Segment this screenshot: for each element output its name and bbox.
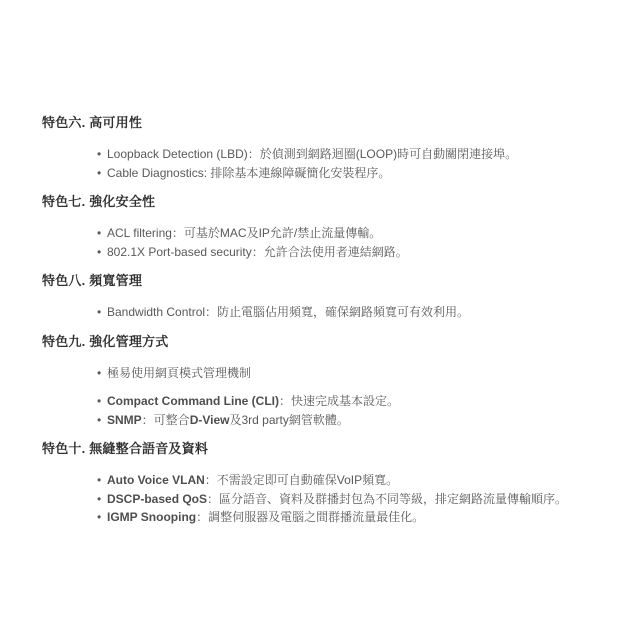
feature-bullet: 極易使用網頁模式管理機制: [97, 364, 606, 383]
feature-bullet: Compact Command Line (CLI)：快速完成基本設定。: [97, 392, 606, 411]
section-heading: 特色六. 高可用性: [42, 115, 606, 131]
bullet-text: ACL filtering：可基於MAC及IP允許/禁止流量傳輸。: [107, 226, 381, 240]
feature-list: Auto Voice VLAN：不需設定即可自動確保VoIP頻寬。 DSCP-b…: [42, 471, 606, 527]
feature-term: Compact Command Line (CLI): [107, 394, 279, 408]
feature-term: Auto Voice VLAN: [107, 473, 205, 487]
feature-bullet: Bandwidth Control：防止電腦佔用頻寬，確保網路頻寬可有效利用。: [97, 303, 606, 322]
section-heading: 特色七. 強化安全性: [42, 194, 606, 210]
section-heading: 特色十. 無縫整合語音及資料: [42, 441, 606, 457]
feature-desc: ：區分語音、資料及群播封包為不同等級，排定網路流量傳輸順序。: [207, 492, 567, 506]
feature-desc: 802.1X Port-based security：允許合法使用者連結網路。: [107, 245, 408, 259]
section-voice-data-integration: 特色十. 無縫整合語音及資料 Auto Voice VLAN：不需設定即可自動確…: [42, 441, 606, 527]
feature-desc: ACL filtering：可基於MAC及IP允許/禁止流量傳輸。: [107, 226, 381, 240]
feature-bullet: Auto Voice VLAN：不需設定即可自動確保VoIP頻寬。: [97, 471, 606, 490]
feature-document: 特色六. 高可用性 Loopback Detection (LBD)：於偵測到網…: [0, 0, 640, 640]
feature-desc: Bandwidth Control：防止電腦佔用頻寬，確保網路頻寬可有效利用。: [107, 305, 469, 319]
feature-term: IGMP Snooping: [107, 510, 196, 524]
feature-desc: 及3rd party網管軟體。: [229, 413, 348, 427]
bullet-text: Loopback Detection (LBD)：於偵測到網路迴圈(LOOP)時…: [107, 147, 517, 161]
bullet-text: Bandwidth Control：防止電腦佔用頻寬，確保網路頻寬可有效利用。: [107, 305, 469, 319]
feature-desc: Cable Diagnostics: 排除基本連線障礙簡化安裝程序。: [107, 166, 390, 180]
section-enhanced-management: 特色九. 強化管理方式 極易使用網頁模式管理機制 Compact Command…: [42, 334, 606, 430]
feature-bullet: Cable Diagnostics: 排除基本連線障礙簡化安裝程序。: [97, 164, 606, 183]
feature-list: Bandwidth Control：防止電腦佔用頻寬，確保網路頻寬可有效利用。: [42, 303, 606, 322]
bullet-text: Compact Command Line (CLI)：快速完成基本設定。: [107, 394, 399, 408]
bullet-text: 極易使用網頁模式管理機制: [107, 366, 251, 380]
feature-term: D-View: [190, 413, 230, 427]
feature-list: 極易使用網頁模式管理機制 Compact Command Line (CLI)：…: [42, 364, 606, 430]
feature-term: SNMP: [107, 413, 142, 427]
feature-desc: ：可整合: [142, 413, 190, 427]
feature-bullet: SNMP：可整合D-View及3rd party網管軟體。: [97, 411, 606, 430]
section-high-availability: 特色六. 高可用性 Loopback Detection (LBD)：於偵測到網…: [42, 115, 606, 182]
bullet-text: SNMP：可整合D-View及3rd party網管軟體。: [107, 413, 349, 427]
section-heading: 特色九. 強化管理方式: [42, 334, 606, 350]
feature-list: ACL filtering：可基於MAC及IP允許/禁止流量傳輸。 802.1X…: [42, 224, 606, 261]
section-bandwidth-management: 特色八. 頻寬管理 Bandwidth Control：防止電腦佔用頻寬，確保網…: [42, 273, 606, 322]
feature-bullet: Loopback Detection (LBD)：於偵測到網路迴圈(LOOP)時…: [97, 145, 606, 164]
bullet-text: Cable Diagnostics: 排除基本連線障礙簡化安裝程序。: [107, 166, 390, 180]
feature-bullet: ACL filtering：可基於MAC及IP允許/禁止流量傳輸。: [97, 224, 606, 243]
document-content: 特色六. 高可用性 Loopback Detection (LBD)：於偵測到網…: [0, 0, 640, 527]
bullet-text: 802.1X Port-based security：允許合法使用者連結網路。: [107, 245, 408, 259]
feature-list: Loopback Detection (LBD)：於偵測到網路迴圈(LOOP)時…: [42, 145, 606, 182]
section-heading: 特色八. 頻寬管理: [42, 273, 606, 289]
bullet-text: IGMP Snooping：調整伺服器及電腦之間群播流量最佳化。: [107, 510, 424, 524]
feature-desc: 極易使用網頁模式管理機制: [107, 366, 251, 380]
bullet-text: DSCP-based QoS：區分語音、資料及群播封包為不同等級，排定網路流量傳…: [107, 492, 567, 506]
section-enhanced-security: 特色七. 強化安全性 ACL filtering：可基於MAC及IP允許/禁止流…: [42, 194, 606, 261]
feature-bullet: DSCP-based QoS：區分語音、資料及群播封包為不同等級，排定網路流量傳…: [97, 490, 606, 509]
feature-bullet: IGMP Snooping：調整伺服器及電腦之間群播流量最佳化。: [97, 508, 606, 527]
feature-bullet: 802.1X Port-based security：允許合法使用者連結網路。: [97, 243, 606, 262]
feature-term: DSCP-based QoS: [107, 492, 207, 506]
feature-desc: ：不需設定即可自動確保VoIP頻寬。: [205, 473, 398, 487]
bullet-text: Auto Voice VLAN：不需設定即可自動確保VoIP頻寬。: [107, 473, 398, 487]
feature-desc: Loopback Detection (LBD)：於偵測到網路迴圈(LOOP)時…: [107, 147, 517, 161]
feature-desc: ：快速完成基本設定。: [279, 394, 399, 408]
feature-desc: ：調整伺服器及電腦之間群播流量最佳化。: [196, 510, 424, 524]
